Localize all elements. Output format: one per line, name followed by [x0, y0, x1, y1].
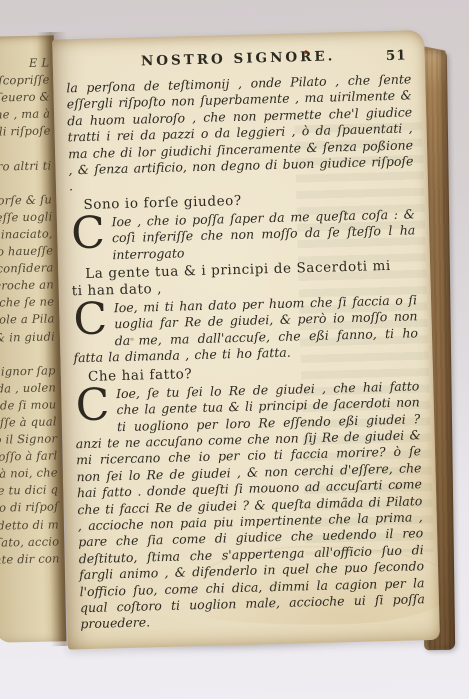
running-title: NOSTRO SIGNORE.	[141, 48, 336, 69]
gloss-paragraph: CIoe, mi ti han dato per huom che ſi fac…	[72, 292, 419, 367]
drop-cap: C	[74, 386, 117, 422]
gloss-paragraph: CIoe , che io poſſa ſaper da me queſta c…	[70, 206, 416, 264]
gloss-paragraph: CIoe, ſe tu ſei lo Re de giudei , che ha…	[74, 378, 425, 633]
drop-cap: C	[70, 214, 113, 250]
book-photograph: E Lte gli ſi ſcopriſſeuolto ſeuero &ambi…	[0, 0, 469, 699]
gloss-text: Ioe , che io poſſa ſaper da me queſta co…	[111, 206, 415, 262]
running-title-row: NOSTRO SIGNORE. 51	[66, 46, 411, 71]
recto-page: NOSTRO SIGNORE. 51 la perſona de teſtimo…	[52, 30, 440, 650]
gloss-text: Ioe, mi ti han dato per huom che ſi facc…	[73, 292, 418, 365]
paragraph-continuation: la perſona de teſtimonij , onde Pilato ,…	[66, 71, 414, 195]
text-column: NOSTRO SIGNORE. 51 la perſona de teſtimo…	[66, 46, 426, 633]
gloss-text: Ioe, ſe tu ſei lo Re de giudei , che hai…	[76, 378, 426, 632]
drop-cap: C	[72, 300, 115, 336]
folio-number: 51	[386, 47, 407, 64]
